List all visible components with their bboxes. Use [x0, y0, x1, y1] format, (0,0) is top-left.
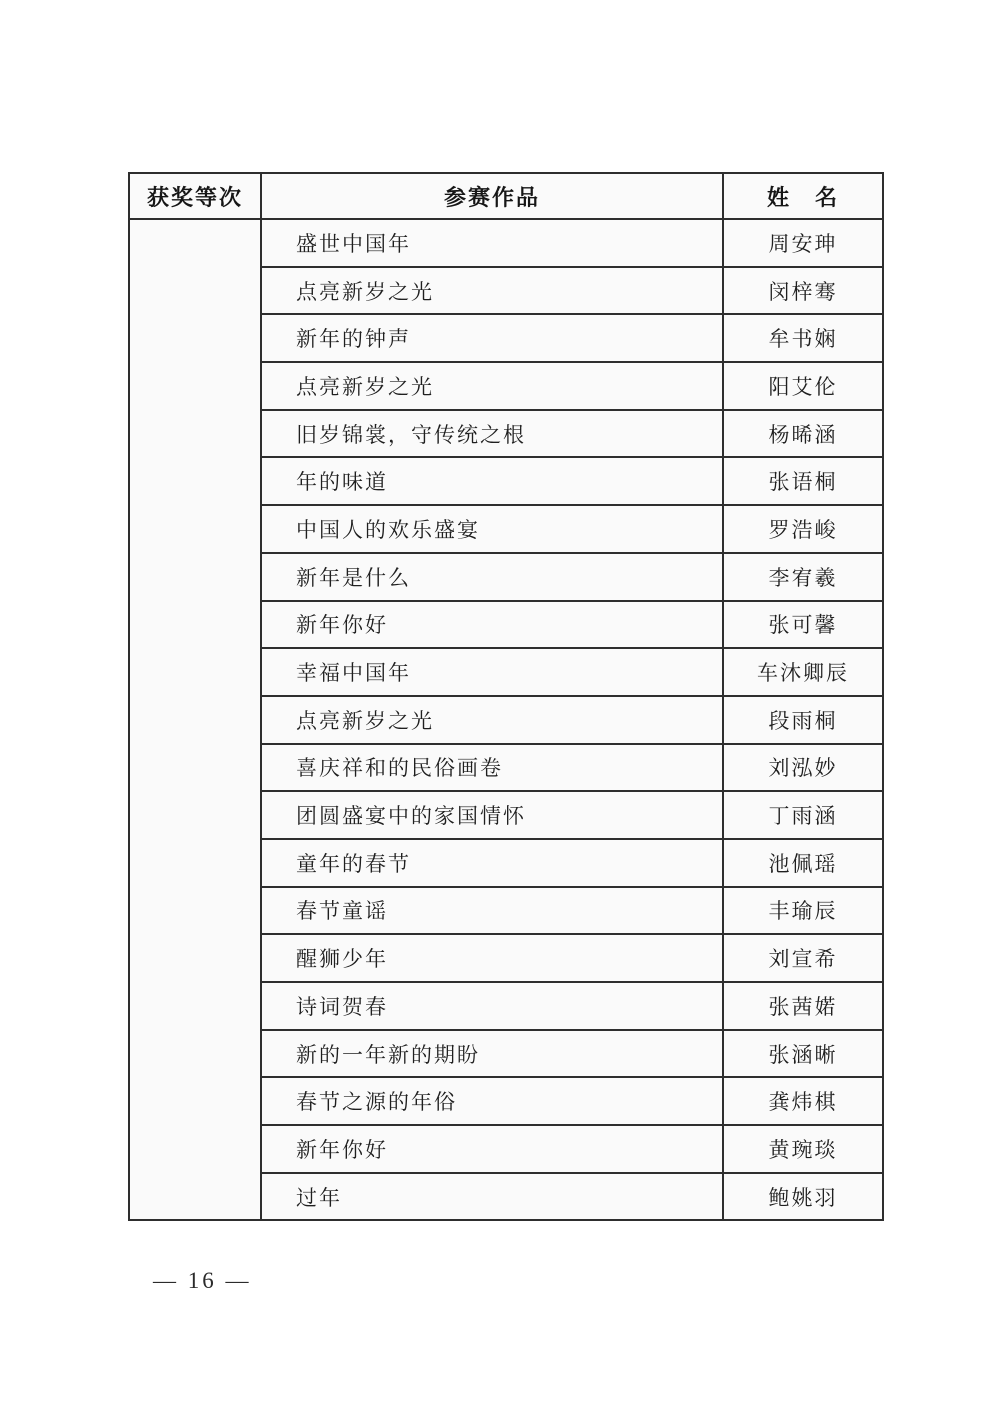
work-cell: 新年是什么 — [261, 553, 723, 601]
work-cell: 新的一年新的期盼 — [261, 1030, 723, 1078]
work-cell: 年的味道 — [261, 457, 723, 505]
name-cell: 车沐卿辰 — [723, 648, 883, 696]
work-cell: 过年 — [261, 1173, 723, 1221]
name-cell: 周安珅 — [723, 219, 883, 267]
name-cell: 龚炜棋 — [723, 1077, 883, 1125]
work-cell: 旧岁锦裳，守传统之根 — [261, 410, 723, 458]
table-row: 盛世中国年 周安珅 — [129, 219, 883, 267]
work-cell: 幸福中国年 — [261, 648, 723, 696]
name-cell: 刘宣希 — [723, 934, 883, 982]
name-cell: 阳艾伦 — [723, 362, 883, 410]
work-cell: 春节童谣 — [261, 887, 723, 935]
name-cell: 杨晞涵 — [723, 410, 883, 458]
name-cell: 张茜婼 — [723, 982, 883, 1030]
work-cell: 新年的钟声 — [261, 314, 723, 362]
name-cell: 池佩瑶 — [723, 839, 883, 887]
table-header-row: 获奖等次 参赛作品 姓 名 — [129, 173, 883, 219]
page-number: — 16 — — [153, 1268, 252, 1294]
header-name: 姓 名 — [723, 173, 883, 219]
work-cell: 团圆盛宴中的家国情怀 — [261, 791, 723, 839]
name-cell: 张涵晰 — [723, 1030, 883, 1078]
work-cell: 春节之源的年俗 — [261, 1077, 723, 1125]
work-cell: 点亮新岁之光 — [261, 696, 723, 744]
header-award-level: 获奖等次 — [129, 173, 261, 219]
name-cell: 张可馨 — [723, 601, 883, 649]
work-cell: 诗词贺春 — [261, 982, 723, 1030]
work-cell: 点亮新岁之光 — [261, 362, 723, 410]
name-cell: 牟书娴 — [723, 314, 883, 362]
name-cell: 闵梓骞 — [723, 267, 883, 315]
name-cell: 丁雨涵 — [723, 791, 883, 839]
name-cell: 刘泓妙 — [723, 744, 883, 792]
work-cell: 盛世中国年 — [261, 219, 723, 267]
name-cell: 黄琬琰 — [723, 1125, 883, 1173]
name-cell: 李宥羲 — [723, 553, 883, 601]
name-cell: 张语桐 — [723, 457, 883, 505]
work-cell: 醒狮少年 — [261, 934, 723, 982]
name-cell: 丰瑜辰 — [723, 887, 883, 935]
name-cell: 鲍姚羽 — [723, 1173, 883, 1221]
name-cell: 段雨桐 — [723, 696, 883, 744]
work-cell: 童年的春节 — [261, 839, 723, 887]
work-cell: 喜庆祥和的民俗画卷 — [261, 744, 723, 792]
work-cell: 新年你好 — [261, 601, 723, 649]
work-cell: 中国人的欢乐盛宴 — [261, 505, 723, 553]
work-cell: 点亮新岁之光 — [261, 267, 723, 315]
work-cell: 新年你好 — [261, 1125, 723, 1173]
header-entry-work: 参赛作品 — [261, 173, 723, 219]
award-level-merged-cell — [129, 219, 261, 1220]
award-results-table: 获奖等次 参赛作品 姓 名 盛世中国年 周安珅 点亮新岁之光 闵梓骞 新年的钟声… — [128, 172, 884, 1221]
name-cell: 罗浩峻 — [723, 505, 883, 553]
document-page: 获奖等次 参赛作品 姓 名 盛世中国年 周安珅 点亮新岁之光 闵梓骞 新年的钟声… — [0, 0, 1000, 1414]
